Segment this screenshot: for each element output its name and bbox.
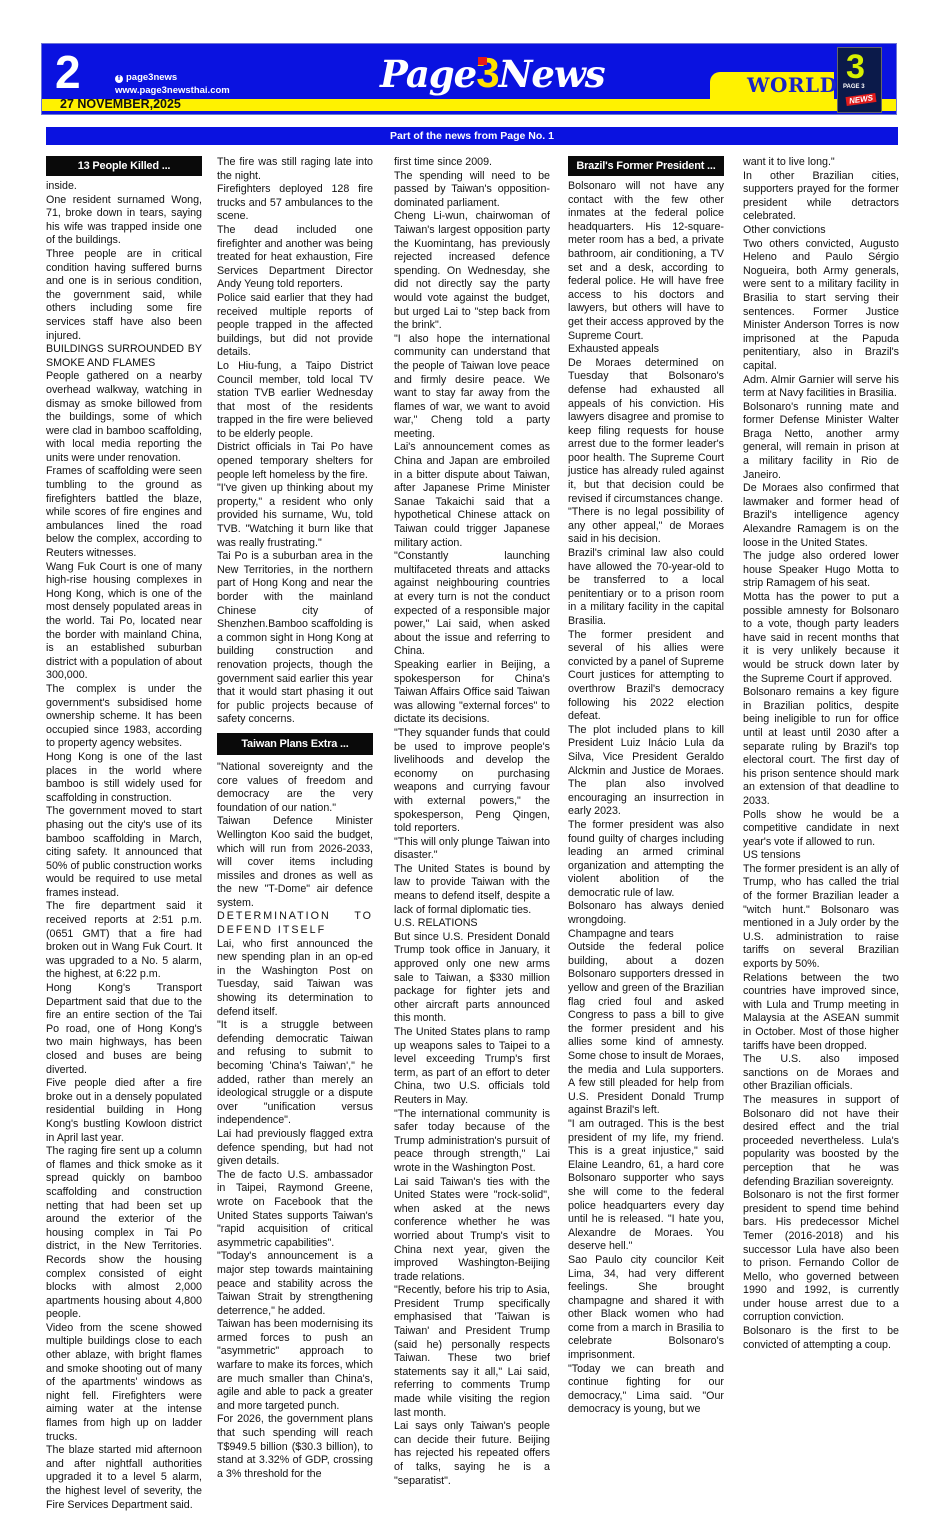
paragraph: inside. (46, 180, 202, 194)
paragraph: The raging fire sent up a column of flam… (46, 1145, 202, 1322)
paragraph: Lo Hiu-fung, a Taipo District Council me… (217, 360, 373, 442)
paragraph: Outside the federal police building, abo… (568, 941, 724, 1118)
social-handle[interactable]: page3news (126, 72, 177, 83)
paragraph: In other Brazilian cities, supporters pr… (743, 170, 899, 224)
section-label: WORLD (747, 73, 837, 97)
paragraph: The United States is bound by law to pro… (394, 863, 550, 917)
paragraph: Bolsonaro's running mate and former Defe… (743, 401, 899, 483)
paragraph: For 2026, the government plans that such… (217, 1413, 373, 1481)
paragraph: Lai says only Taiwan's people can decide… (394, 1420, 550, 1488)
paragraph: want it to live long." (743, 156, 899, 170)
paragraph: Bolsonaro remains a key figure in Brazil… (743, 686, 899, 808)
paragraph: Video from the scene showed multiple bui… (46, 1322, 202, 1444)
paragraph: The de facto U.S. ambassador in Taipei, … (217, 1169, 373, 1251)
paragraph: District officials in Tai Po have opened… (217, 441, 373, 482)
issue-date: 27 NOVEMBER,2025 (60, 98, 181, 111)
paragraph: Frames of scaffolding were seen tumbling… (46, 465, 202, 560)
paragraph: The complex is under the government's su… (46, 683, 202, 751)
paragraph: The dead included one firefighter and an… (217, 224, 373, 292)
website-link[interactable]: www.page3newsthai.com (115, 84, 230, 97)
paragraph: "It is a struggle between defending demo… (217, 1019, 373, 1128)
paragraph: The government moved to start phasing ou… (46, 805, 202, 900)
paragraph: The spending will need to be passed by T… (394, 170, 550, 211)
paragraph: But since U.S. President Donald Trump to… (394, 931, 550, 1026)
paragraph: first time since 2009. (394, 156, 550, 170)
article-heading-hong-kong-fire: 13 People Killed ... (46, 156, 202, 176)
paragraph: Wang Fuk Court is one of many high-rise … (46, 561, 202, 683)
paragraph: "Today we can breath and continue fighti… (568, 1363, 724, 1417)
paragraph: The judge also ordered lower house Speak… (743, 550, 899, 591)
paragraph: Taiwan Defence Minister Wellington Koo s… (217, 815, 373, 910)
paragraph: "The international community is safer to… (394, 1108, 550, 1176)
paragraph: Three people are in critical condition h… (46, 248, 202, 343)
paragraph: Lai, who first announced the new spendin… (217, 938, 373, 1020)
paragraph: "Recently, before his trip to Asia, Pres… (394, 1284, 550, 1420)
paragraph: "They squander funds that could be used … (394, 727, 550, 836)
paragraph: Hong Kong is one of the last places in t… (46, 751, 202, 805)
paragraph: Bolsonaro is not the first former presid… (743, 1189, 899, 1325)
subheading: Champagne and tears (568, 928, 724, 942)
newspaper-logo: Page3News (380, 50, 605, 97)
paragraph: Tai Po is a suburban area in the New Ter… (217, 550, 373, 727)
paragraph: Lai's announcement comes as China and Ja… (394, 441, 550, 550)
paragraph: Bolsonaro is the first to be convicted o… (743, 1325, 899, 1352)
page-number: 2 (55, 46, 81, 98)
article-column-2: The fire was still raging late into the … (217, 156, 373, 1481)
paragraph: Taiwan has been modernising its armed fo… (217, 1318, 373, 1413)
paragraph: Relations between the two countries have… (743, 972, 899, 1054)
paragraph: "I also hope the international community… (394, 333, 550, 442)
paragraph: Adm. Almir Garnier will serve his term a… (743, 374, 899, 401)
paragraph: Lai said Taiwan's ties with the United S… (394, 1176, 550, 1285)
article-heading-taiwan: Taiwan Plans Extra ... (217, 733, 373, 755)
paragraph: One resident surnamed Wong, 71, broke do… (46, 194, 202, 248)
paragraph: The former president is an ally of Trump… (743, 863, 899, 972)
paragraph: The plot included plans to kill Presiden… (568, 724, 724, 819)
paragraph: The U.S. also imposed sanctions on de Mo… (743, 1053, 899, 1094)
newspaper-page: 2 fpage3news www.page3newsthai.com 27 NO… (0, 0, 945, 1531)
paragraph: Brazil's criminal law also could have al… (568, 547, 724, 629)
paragraph: The former president was also found guil… (568, 819, 724, 901)
paragraph: Cheng Li-wun, chairwoman of Taiwan's lar… (394, 210, 550, 332)
paragraph: "Constantly launching multifaceted threa… (394, 550, 550, 659)
paragraph: The fire was still raging late into the … (217, 156, 373, 183)
paragraph: Sao Paulo city councilor Keit Lima, 34, … (568, 1254, 724, 1363)
paragraph: The former president and several of his … (568, 629, 724, 724)
paragraph: Bolsonaro has always denied wrongdoing. (568, 900, 724, 927)
paragraph: De Moraes also confirmed that lawmaker a… (743, 482, 899, 550)
social-links: fpage3news www.page3newsthai.com (115, 71, 230, 97)
subheading: BUILDINGS SURROUNDED BY SMOKE AND FLAMES (46, 343, 202, 370)
paragraph: The blaze started mid afternoon and afte… (46, 1444, 202, 1512)
continuation-banner: Part of the news from Page No. 1 (46, 127, 898, 145)
subheading: DETERMINATION TO DEFEND ITSELF (217, 910, 373, 937)
article-column-4: Brazil's Former President ... Bolsonaro … (568, 156, 724, 1417)
paragraph: De Moraes determined on Tuesday that Bol… (568, 357, 724, 507)
paragraph: The United States plans to ramp up weapo… (394, 1026, 550, 1108)
paragraph: People gathered on a nearby overhead wal… (46, 370, 202, 465)
paragraph: "This will only plunge Taiwan into disas… (394, 836, 550, 863)
paragraph: Polls show he would be a competitive can… (743, 809, 899, 850)
article-heading-brazil: Brazil's Former President ... (568, 156, 724, 176)
paragraph: Two others convicted, Augusto Heleno and… (743, 238, 899, 374)
facebook-icon: f (115, 75, 123, 83)
paragraph: The fire department said it received rep… (46, 900, 202, 982)
article-column-5: want it to live long." In other Brazilia… (743, 156, 899, 1352)
paragraph: The measures in support of Bolsonaro did… (743, 1094, 899, 1189)
masthead: 2 fpage3news www.page3newsthai.com 27 NO… (41, 43, 897, 115)
subheading: Exhausted appeals (568, 343, 724, 357)
paragraph: Bolsonaro will not have any contact with… (568, 180, 724, 343)
paragraph: Speaking earlier in Beijing, a spokesper… (394, 659, 550, 727)
paragraph: "There is no legal possibility of any ot… (568, 506, 724, 547)
subheading: US tensions (743, 849, 899, 863)
subheading: Other convictions (743, 224, 899, 238)
paragraph: Police said earlier that they had receiv… (217, 292, 373, 360)
paragraph: "National sovereignty and the core value… (217, 761, 373, 815)
paragraph: "I am outraged. This is the best preside… (568, 1118, 724, 1254)
paragraph: Motta has the power to put a possible am… (743, 591, 899, 686)
article-column-3: first time since 2009. The spending will… (394, 156, 550, 1488)
paragraph: Hong Kong's Transport Department said th… (46, 982, 202, 1077)
paragraph: Lai had previously flagged extra defence… (217, 1128, 373, 1169)
paragraph: Five people died after a fire broke out … (46, 1077, 202, 1145)
paragraph: "I've given up thinking about my propert… (217, 482, 373, 550)
paragraph: "Today's announcement is a major step to… (217, 1250, 373, 1318)
paragraph: Firefighters deployed 128 fire trucks an… (217, 183, 373, 224)
subheading: U.S. RELATIONS (394, 917, 550, 931)
article-column-1: 13 People Killed ... inside. One residen… (46, 156, 202, 1512)
page3-badge-logo: 3 PAGE 3 NEWS (837, 47, 882, 113)
